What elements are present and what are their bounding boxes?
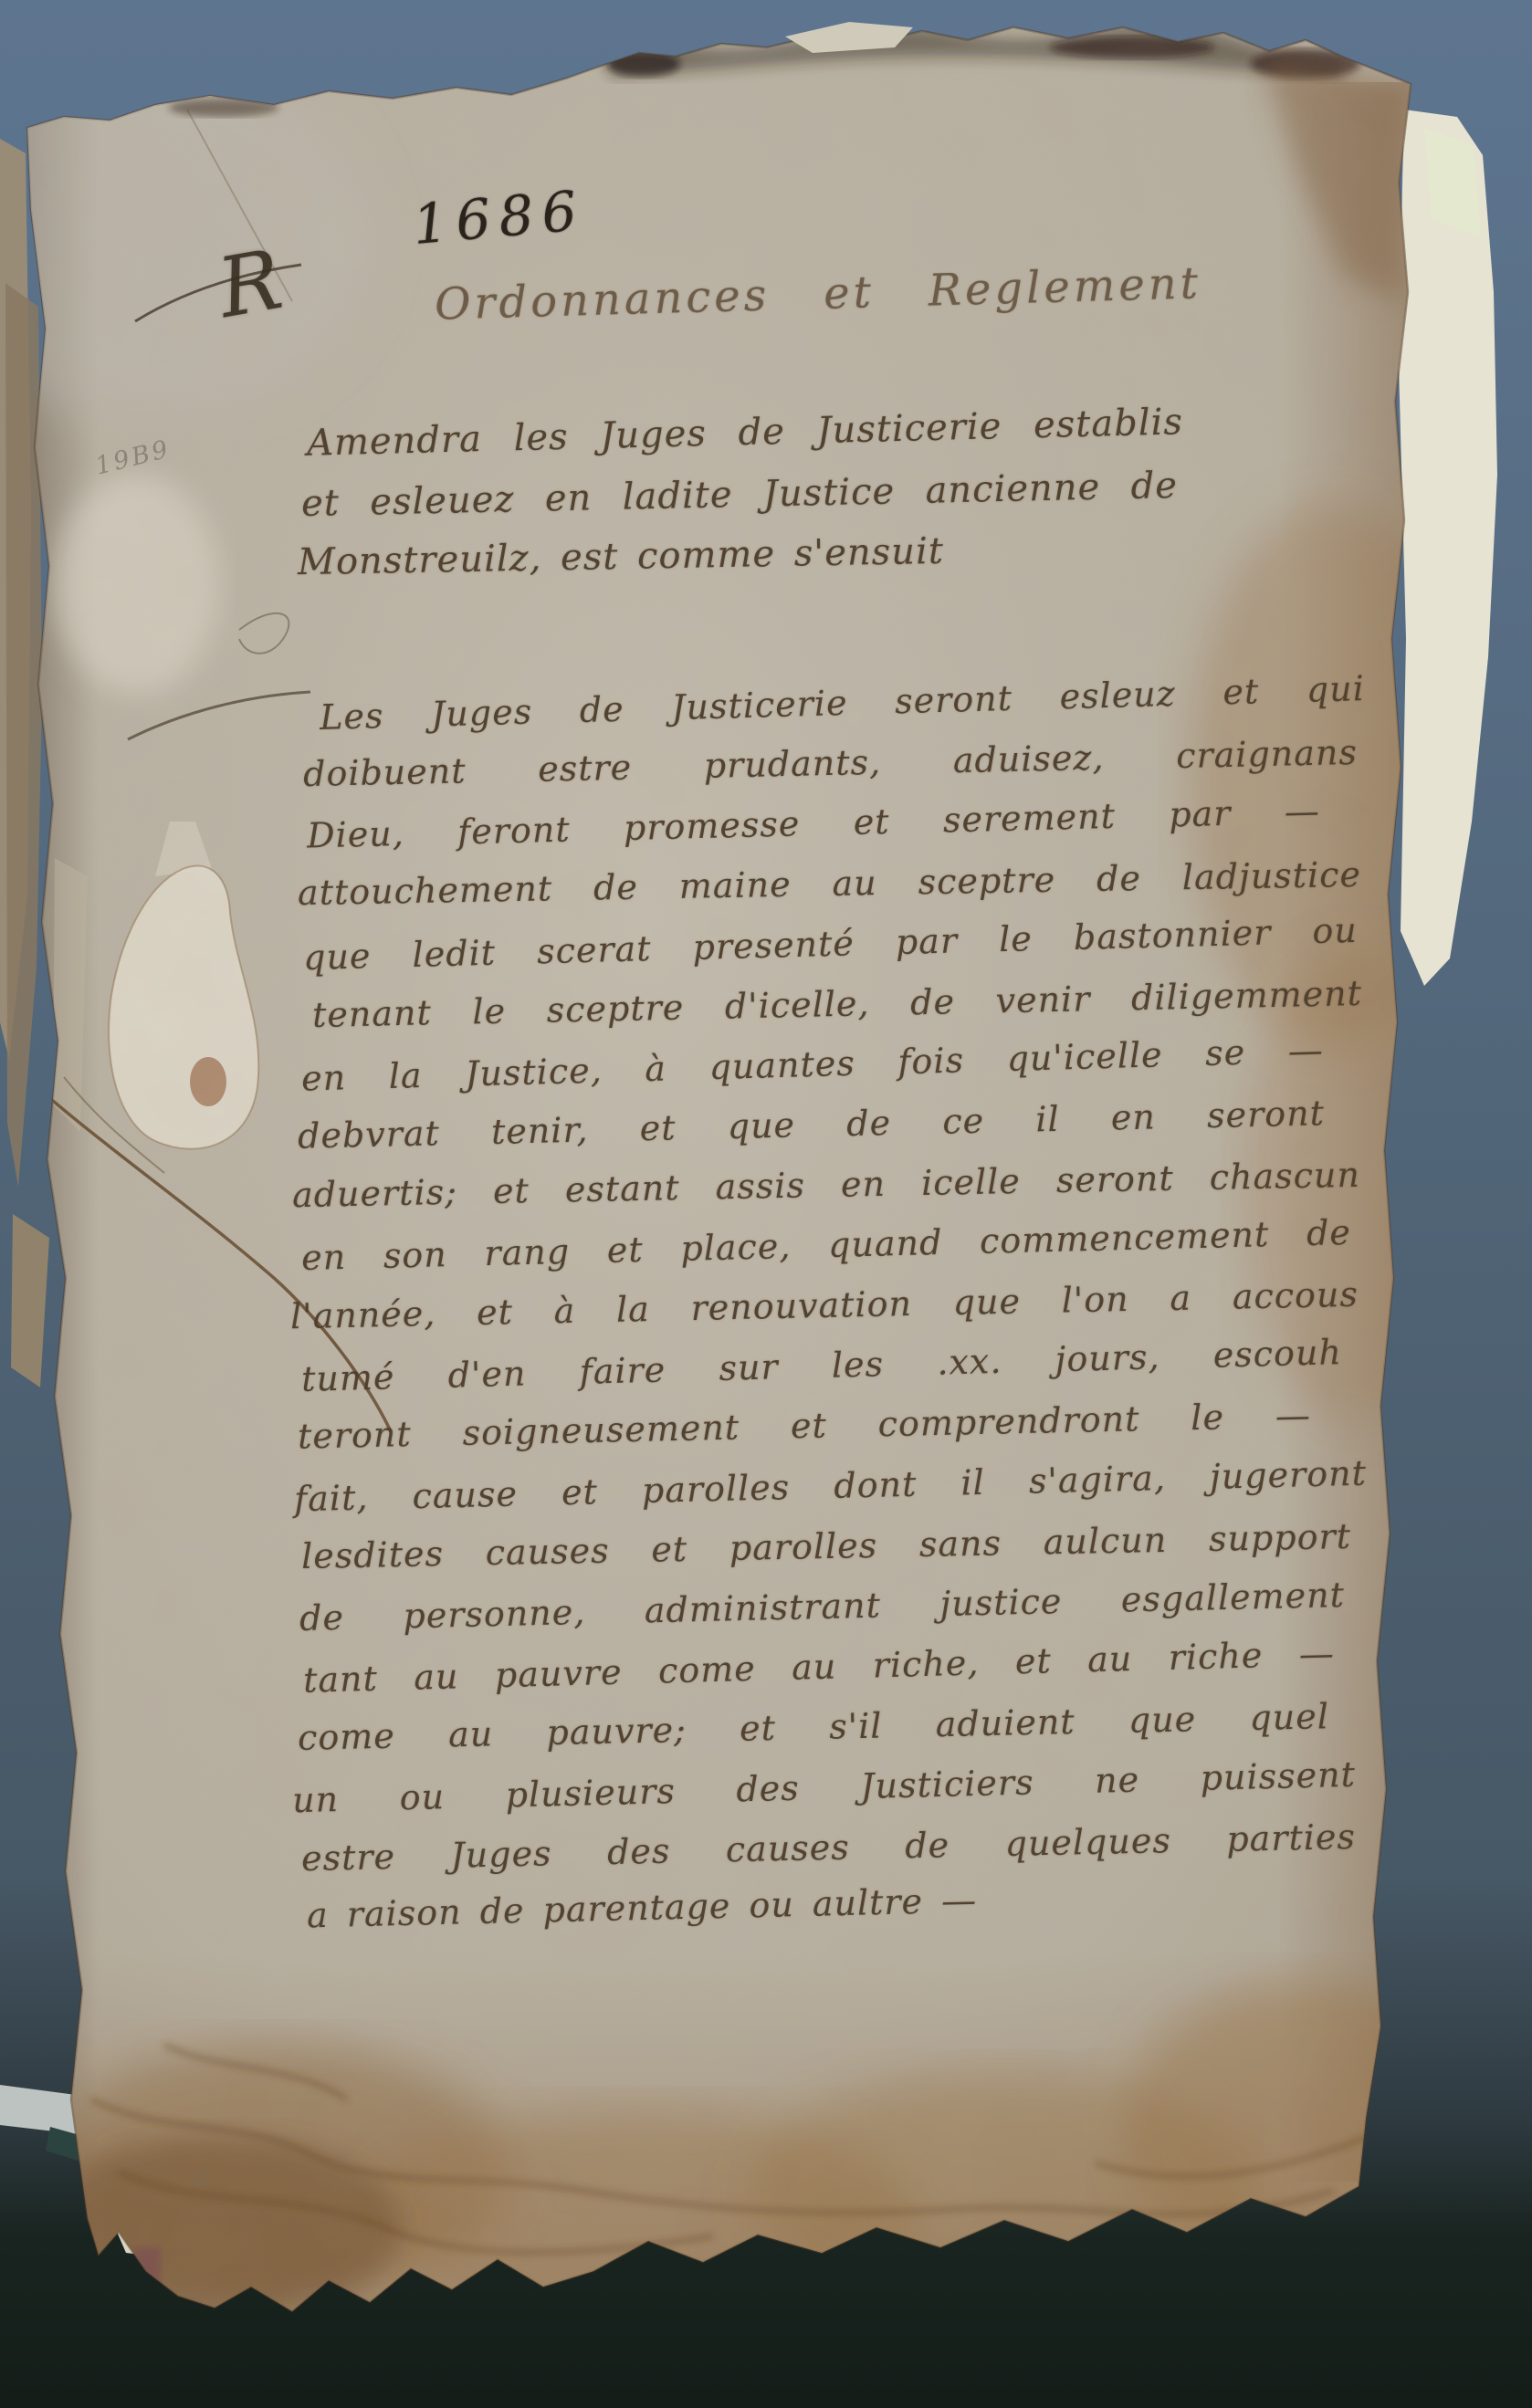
manuscript-photo: 1686 R Ordonnances et Reglement Amendra … xyxy=(0,0,1532,2408)
paper-blotches xyxy=(0,0,1532,2408)
photo-artwork xyxy=(0,0,1532,2408)
paper-aging xyxy=(0,0,1532,2408)
